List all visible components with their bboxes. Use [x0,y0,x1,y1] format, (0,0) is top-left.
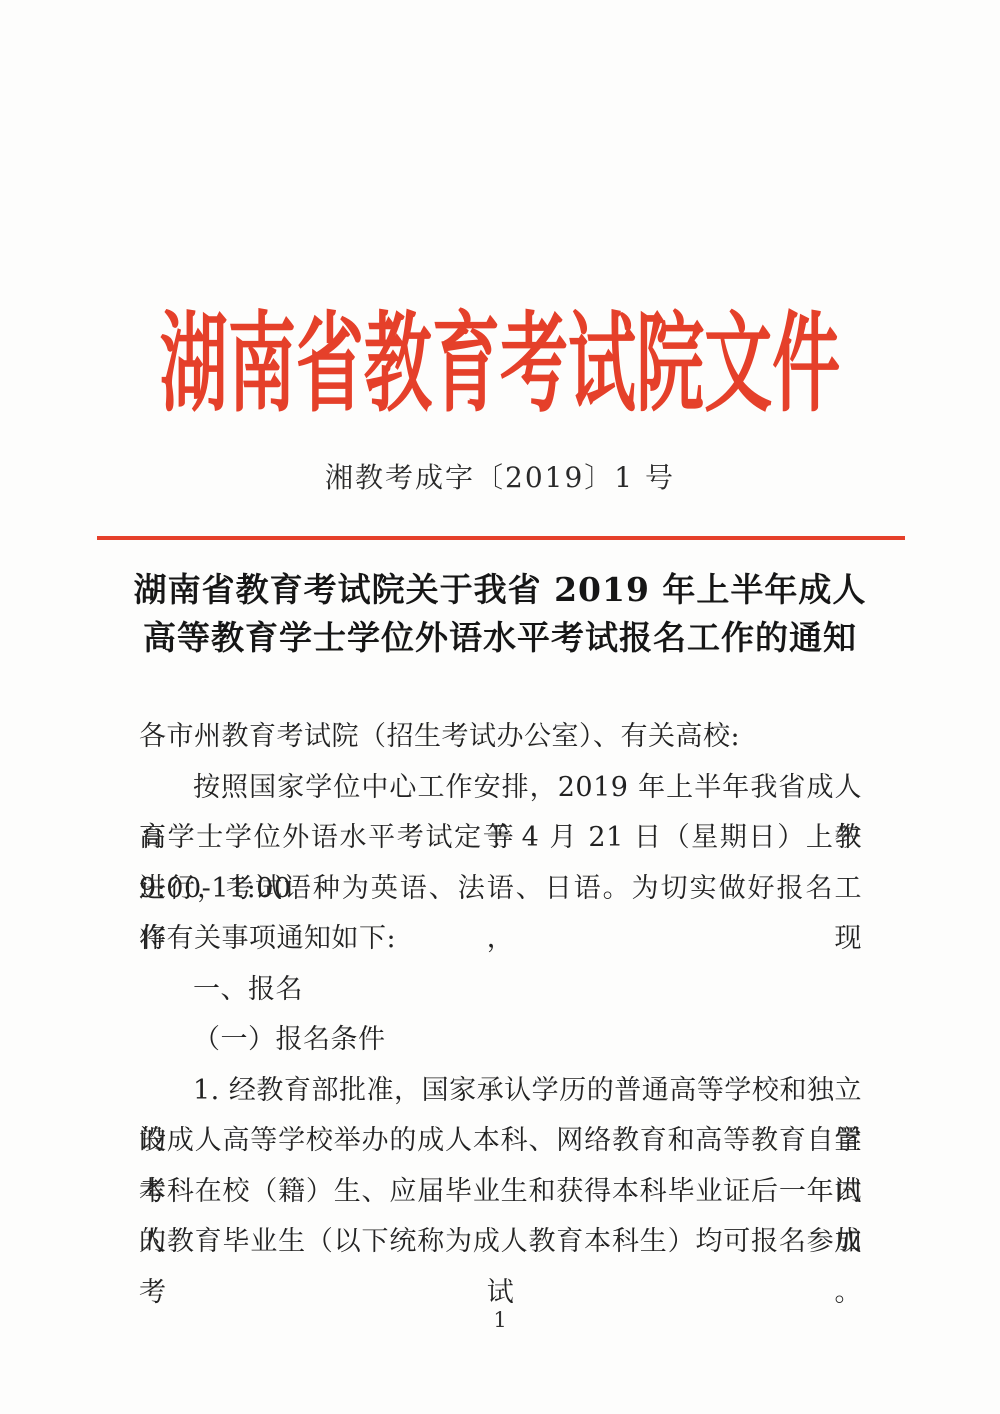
body-line: 本科在校（籍）生、应届毕业生和获得本科毕业证后一年内的成 [139,1167,862,1218]
body-line: 按照国家学位中心工作安排，2019 年上半年我省成人高等教 [139,763,862,814]
document-body: 各市州教育考试院（招生考试办公室）、有关高校: 按照国家学位中心工作安排，201… [139,712,862,1268]
body-line: 进行，考试语种为英语、法语、日语。为切实做好报名工作，现 [139,864,862,915]
body-line: 育学士学位外语水平考试定于 4 月 21 日（星期日）上午 9:00-11:00 [139,813,862,864]
page-number: 1 [0,1305,1000,1335]
red-divider-line [97,536,905,540]
document-title-line-2: 高等教育学士学位外语水平考试报名工作的通知 [0,614,1000,662]
letterhead: 湖南省教育考试院文件 [0,298,1000,430]
body-line: 1. 经教育部批准，国家承认学历的普通高等学校和独立设置 [139,1066,862,1117]
body-line: 人教育毕业生（以下统称为成人教育本科生）均可报名参加考试。 [139,1217,862,1268]
body-heading-section-1: 一、报名 [139,965,862,1016]
letterhead-org-title: 湖南省教育考试院文件 [160,305,840,424]
body-line: 的成人高等学校举办的成人本科、网络教育和高等教育自学考试 [139,1116,862,1167]
document-title-line-1: 湖南省教育考试院关于我省 2019 年上半年成人 [0,566,1000,614]
document-title: 湖南省教育考试院关于我省 2019 年上半年成人 高等教育学士学位外语水平考试报… [0,566,1000,662]
body-heading-subsection-1: （一）报名条件 [139,1015,862,1066]
doc-number: 湘教考成字〔2019〕1 号 [0,458,1000,498]
document-page: 湖南省教育考试院文件 湘教考成字〔2019〕1 号 湖南省教育考试院关于我省 2… [0,0,1000,1414]
body-line-salutation: 各市州教育考试院（招生考试办公室）、有关高校: [139,712,862,763]
